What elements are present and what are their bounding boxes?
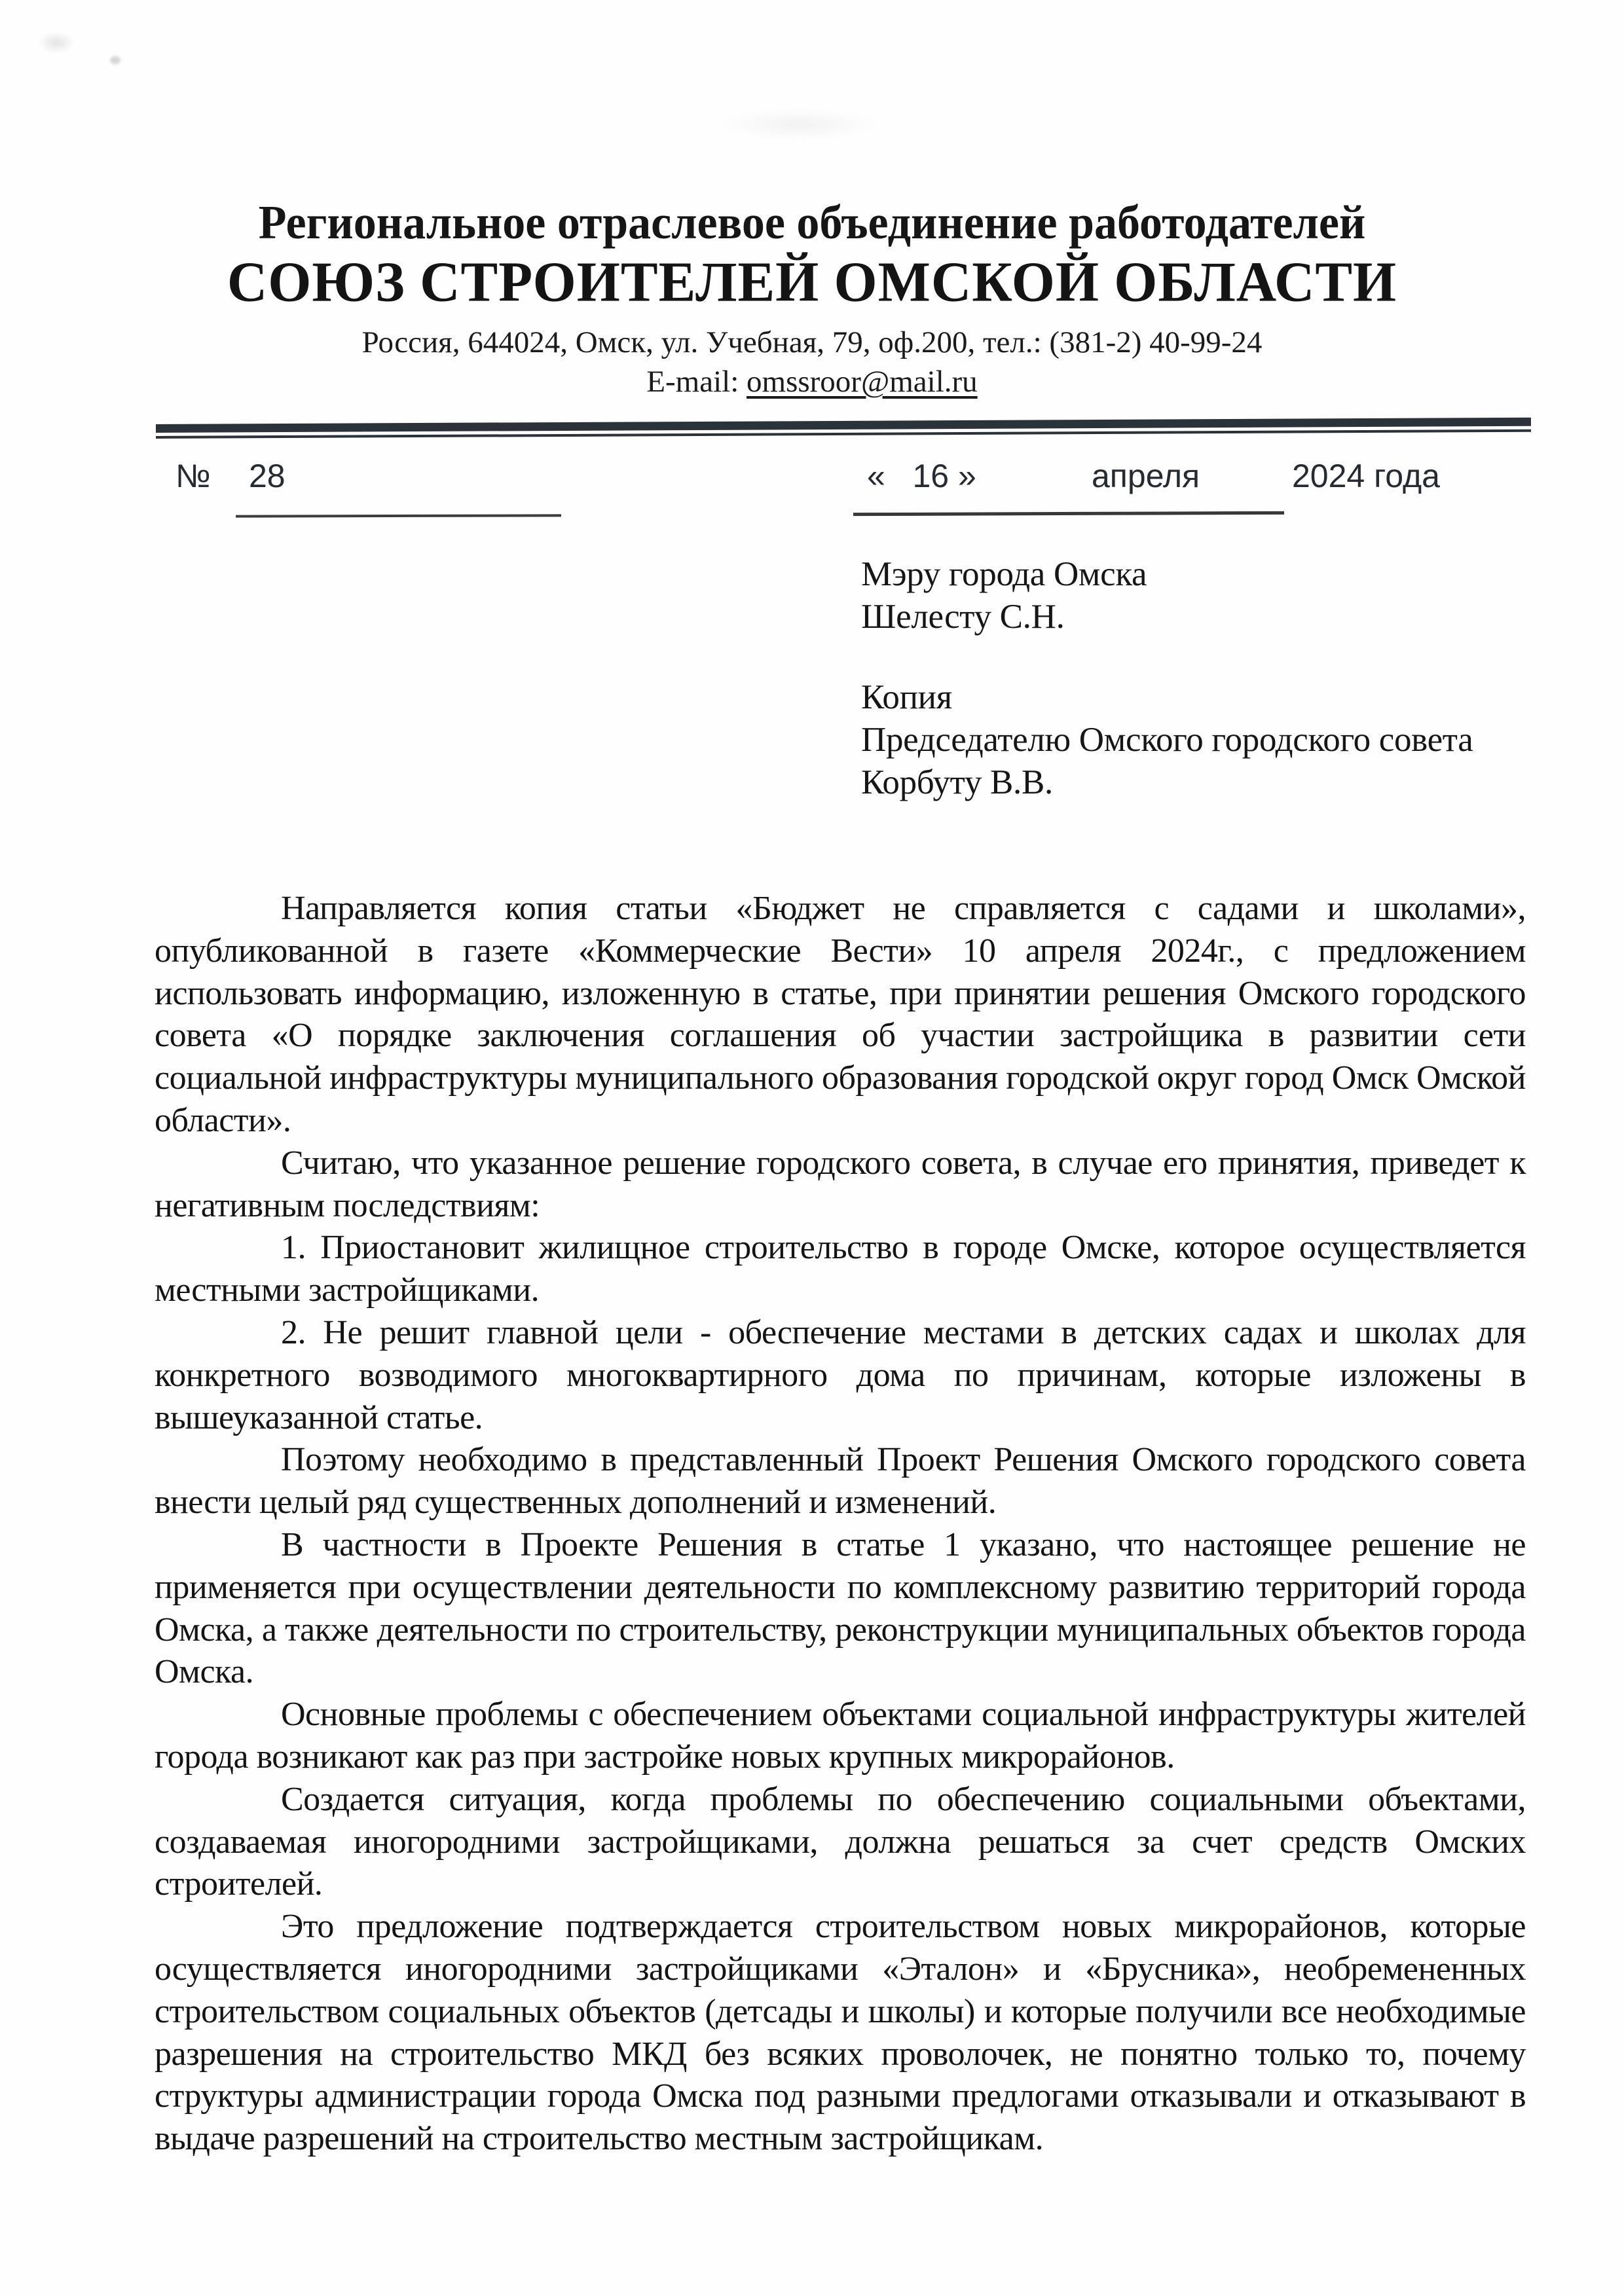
- body-paragraph: Это предложение подтверждается строитель…: [155, 1906, 1526, 2160]
- ref-number-underline: [236, 514, 561, 517]
- ref-date-underline: [853, 511, 1284, 516]
- reference-row: № 28 « 16 » апреля 2024 года: [0, 457, 1624, 496]
- addressee-block: Мэру города Омска Шелесту С.Н. Копия Пре…: [861, 553, 1516, 804]
- body-paragraph: Создается ситуация, когда проблемы по об…: [155, 1779, 1526, 1906]
- ref-date-day: « 16 »: [867, 457, 976, 495]
- scan-smudge: [38, 31, 75, 54]
- addressee-to-line: Мэру города Омска: [861, 553, 1516, 596]
- scan-smudge: [714, 108, 884, 141]
- body-paragraph: В частности в Проекте Решения в статье 1…: [155, 1524, 1526, 1694]
- addressee-copy-line: Председателю Омского городского совета: [861, 719, 1516, 761]
- body-paragraph: 1. Приостановит жилищное строительство в…: [155, 1227, 1526, 1312]
- ref-date-year: 2024 года: [1292, 457, 1440, 495]
- letterhead-org-type: Региональное отраслевое объединение рабо…: [0, 195, 1624, 251]
- scan-smudge: [110, 56, 120, 64]
- ref-number-value: 28: [249, 457, 286, 495]
- letterhead-org-name: СОЮЗ СТРОИТЕЛЕЙ ОМСКОЙ ОБЛАСТИ: [0, 249, 1624, 315]
- body-paragraph: Поэтому необходимо в представленный Прое…: [155, 1439, 1526, 1524]
- body-paragraph: Считаю, что указанное решение городского…: [155, 1142, 1526, 1228]
- body-paragraph: 2. Не решит главной цели - обеспечение м…: [155, 1312, 1526, 1439]
- email-address: omssroor@mail.ru: [747, 365, 978, 399]
- body-paragraph: Основные проблемы с обеспечением объекта…: [155, 1694, 1526, 1779]
- addressee-to-name: Шелесту С.Н.: [861, 596, 1516, 638]
- letterhead-email-line: E-mail: omssroor@mail.ru: [0, 363, 1624, 401]
- scanned-letter-page: Региональное отраслевое объединение рабо…: [0, 0, 1624, 2296]
- ref-date-month: апреля: [1092, 457, 1200, 495]
- addressee-copy-label: Копия: [861, 676, 1516, 719]
- ref-number-sign: №: [175, 457, 211, 495]
- body-paragraph: Направляется копия статьи «Бюджет не спр…: [155, 888, 1526, 1142]
- letterhead-divider-rule: [156, 418, 1531, 439]
- addressee-copy-name: Корбуту В.В.: [861, 761, 1516, 804]
- letter-body: Направляется копия статьи «Бюджет не спр…: [155, 888, 1526, 2160]
- letterhead-address: Россия, 644024, Омск, ул. Учебная, 79, о…: [0, 323, 1624, 361]
- email-label: E-mail:: [646, 365, 747, 399]
